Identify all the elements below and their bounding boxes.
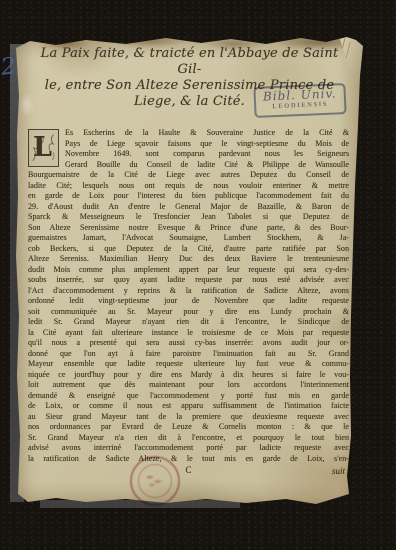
text-line: Gerard Bouille du Conseil de ladite Cité… bbox=[28, 160, 349, 171]
catchword: suit bbox=[332, 466, 345, 477]
text-line: Es Escherins de la Haulte & Souveraine J… bbox=[28, 128, 349, 139]
text-line: Pays de Liege sçavoir faisons que le vin… bbox=[28, 139, 349, 150]
text-line: Mayeur ensemble que ladite requeste ulte… bbox=[28, 359, 349, 370]
text-line: ordonné ledit vingt-septiesme jour de No… bbox=[28, 296, 349, 307]
text-line: Son Alteze Serenissime nostre Evesque & … bbox=[28, 223, 349, 234]
text-line: Alteze Sereniss. Maximilian Henry Duc de… bbox=[28, 254, 349, 265]
ornamental-initial: L bbox=[28, 129, 59, 167]
text-line: la ratification de Sadicte Alteze, & le … bbox=[28, 454, 349, 465]
text-line: demandé & enseigné que l'accommodement y… bbox=[28, 391, 349, 402]
text-line: la Cité ayant fait ulterieure instance l… bbox=[28, 328, 349, 339]
text-line: au Sieur grand Mayeur tant de la premier… bbox=[28, 412, 349, 423]
text-line: soit communiquée au Sr. Mayeur pour y di… bbox=[28, 307, 349, 318]
text-line: l'Act d'accommodement y reprins & la rat… bbox=[28, 286, 349, 297]
text-line: soubs inserrée, sur quoy ayant ladite re… bbox=[28, 275, 349, 286]
body-lines: Es Escherins de la Haulte & Souveraine J… bbox=[28, 128, 349, 464]
body-text: L Es Escherins de la Haulte & Souveraine… bbox=[28, 128, 349, 477]
scanned-document-photo: 2 La Paix faite, & traicté en l'Abbaye d… bbox=[0, 0, 396, 550]
text-line: en garde de Loix pour l'interest du bien… bbox=[28, 191, 349, 202]
signature-mark: C bbox=[28, 465, 349, 476]
text-line: nos ordonnances par Evrard de Leuze & Co… bbox=[28, 422, 349, 433]
text-line: Bourguemaistre de la Cité de Liege avec … bbox=[28, 170, 349, 181]
text-line: ladite Cité; lesquels nous ont requis de… bbox=[28, 181, 349, 192]
text-line: donné que l'on ayt à faire paroistre l'i… bbox=[28, 349, 349, 360]
text-line: advisé avons interriné l'accommodement p… bbox=[28, 443, 349, 454]
text-line: 29. d'Aoust dudit An d'entre le General … bbox=[28, 202, 349, 213]
text-line: Sparck & Messeigneurs le Tresfoncier Jea… bbox=[28, 212, 349, 223]
text-line: niquée ce jourd'huy pour y dire ens Mard… bbox=[28, 370, 349, 381]
text-line: Novembre 1649. sont comparus pardevant n… bbox=[28, 149, 349, 160]
footer-line: C suit bbox=[28, 465, 349, 477]
handwritten-page-number: 2 bbox=[0, 53, 17, 80]
text-line: loit autrement que dès maintenant pour l… bbox=[28, 380, 349, 391]
text-line: de Loix, or comme il nous est apparu suf… bbox=[28, 401, 349, 412]
dropcap-letter: L bbox=[33, 131, 52, 165]
round-red-stamp bbox=[130, 456, 180, 506]
text-line: cob Beckers, si que Deputez de la Cité, … bbox=[28, 244, 349, 255]
pamphlet-page: La Paix faite, & traicté en l'Abbaye de … bbox=[16, 36, 363, 506]
text-line: dudit Mois comme plus amplement appert p… bbox=[28, 265, 349, 276]
text-line: ledit Sr. Grand Mayeur n'ayant rien dit … bbox=[28, 317, 349, 328]
text-line: guemaistres Jamart, l'Advocat Soumaigne,… bbox=[28, 233, 349, 244]
library-stamp: Bibl. Univ. LEODIENSIS bbox=[253, 83, 346, 118]
text-line: Sr. Grand Mayeur n'a rien dit à l'encont… bbox=[28, 433, 349, 444]
title-line-1: La Paix faite, & traicté en l'Abbaye de … bbox=[28, 46, 351, 78]
text-line: qu'il nous a presenté qui sera aussi cy-… bbox=[28, 338, 349, 349]
